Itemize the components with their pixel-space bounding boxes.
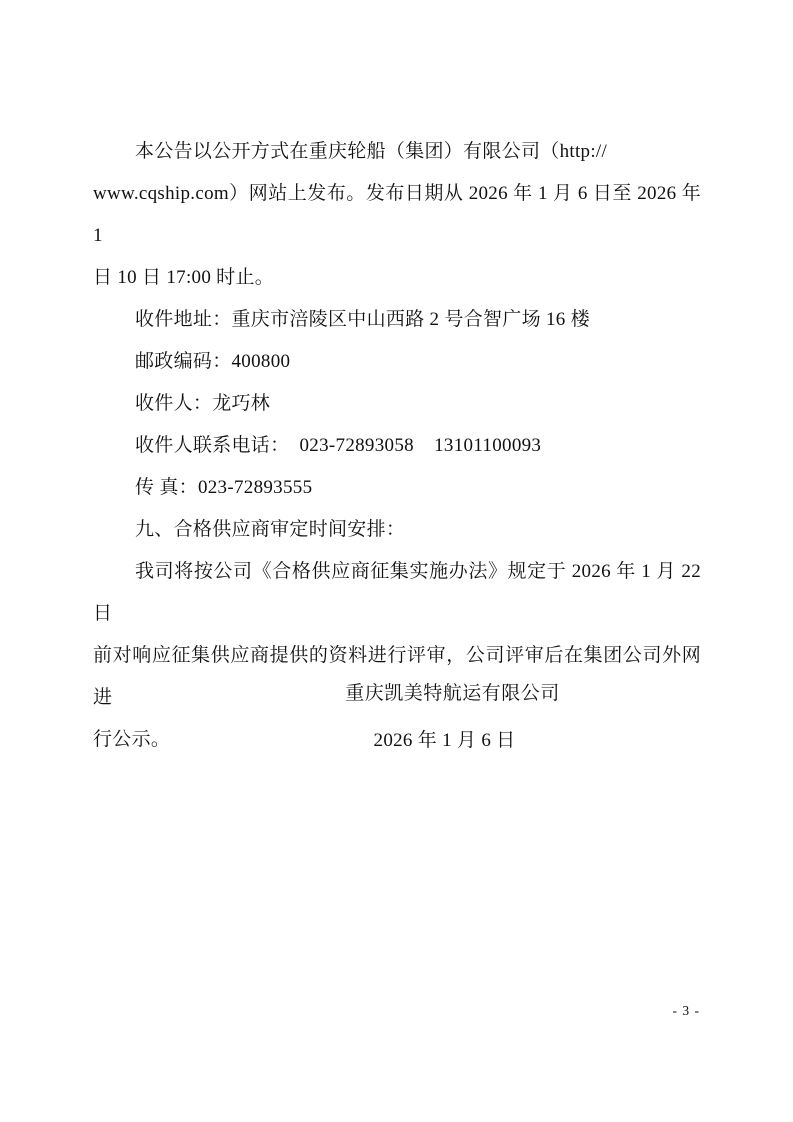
section-nine-heading: 九、合格供应商审定时间安排：	[93, 509, 701, 551]
signature-company-name: 重庆凯美特航运有限公司	[0, 678, 793, 705]
document-body: 本公告以公开方式在重庆轮船（集团）有限公司（http:// www.cqship…	[93, 131, 701, 761]
paragraph-announcement-line-2: www.cqship.com）网站上发布。发布日期从 2026 年 1 月 6 …	[93, 173, 701, 257]
recipient-address-line: 收件地址：重庆市涪陵区中山西路 2 号合智广场 16 楼	[93, 299, 701, 341]
paragraph-announcement-line-1: 本公告以公开方式在重庆轮船（集团）有限公司（http://	[93, 131, 701, 173]
postal-code-line: 邮政编码：400800	[93, 341, 701, 383]
paragraph-announcement-line-3: 日 10 日 17:00 时止。	[93, 257, 701, 299]
paragraph-review-line-2: 前对响应征集供应商提供的资料进行评审，公司评审后在集团公司外网进	[93, 635, 701, 719]
recipient-phone-line: 收件人联系电话： 023-72893058 13101100093	[93, 425, 701, 467]
paragraph-review-line-1: 我司将按公司《合格供应商征集实施办法》规定于 2026 年 1 月 22 日	[93, 551, 701, 635]
signature-date: 2026 年 1 月 6 日	[0, 725, 793, 752]
page-number: - 3 -	[673, 1003, 701, 1019]
recipient-name-line: 收件人：龙巧林	[93, 383, 701, 425]
fax-line: 传 真：023-72893555	[93, 467, 701, 509]
document-page: 本公告以公开方式在重庆轮船（集团）有限公司（http:// www.cqship…	[0, 0, 793, 1122]
